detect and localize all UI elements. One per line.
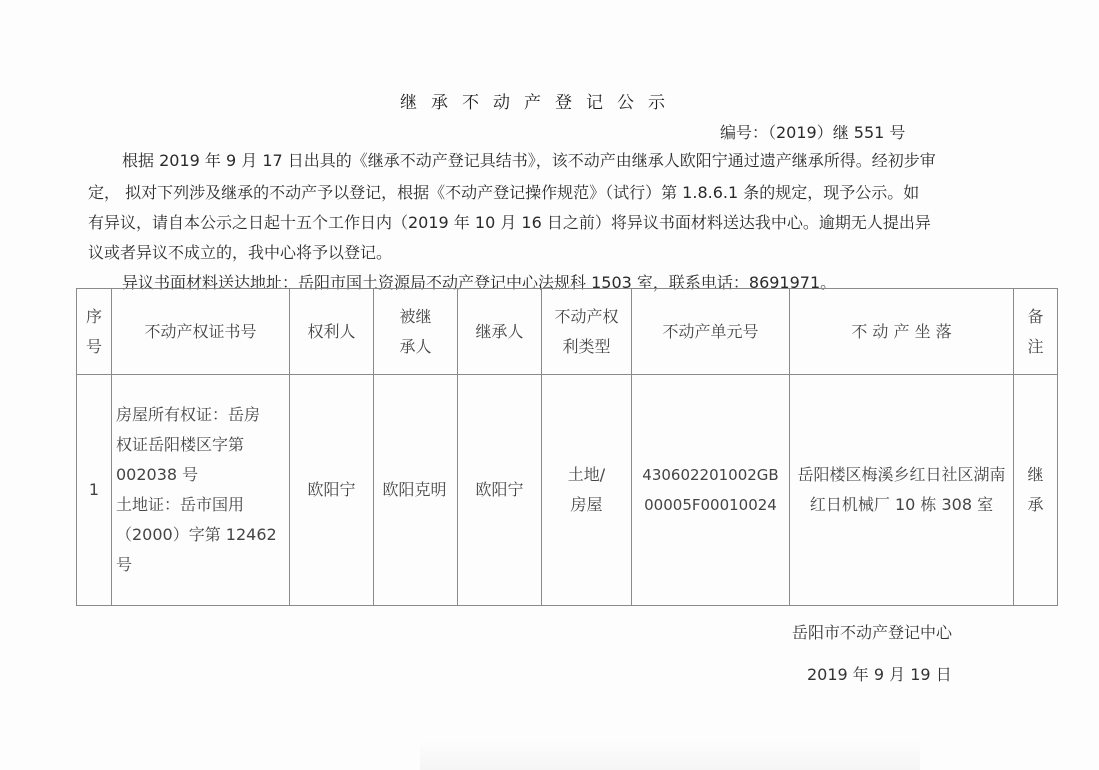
cell-unit-number: 430602201002GB00005F00010024 xyxy=(632,375,790,606)
document-title: 继承不动产登记公示 xyxy=(400,88,679,113)
paragraph-line: 有异议，请自本公示之日起十五个工作日内（2019 年 10 月 16 日之前）将… xyxy=(88,210,931,233)
scan-artifact xyxy=(420,740,920,770)
cell-heir: 欧阳宁 xyxy=(458,375,542,606)
header-seq: 序号 xyxy=(77,289,112,375)
cell-right-holder: 欧阳宁 xyxy=(290,375,374,606)
cell-remark: 继承 xyxy=(1014,375,1058,606)
cell-right-type: 土地/房屋 xyxy=(542,375,632,606)
table-header-row: 序号 不动产权证书号 权利人 被继承人 继承人 不动产权利类型 不动产单元号 不… xyxy=(77,289,1058,375)
header-right-type: 不动产权利类型 xyxy=(542,289,632,375)
cell-certificate: 房屋所有权证：岳房 权证岳阳楼区字第 002038 号 土地证：岳市国用 （20… xyxy=(112,375,290,606)
header-heir: 继承人 xyxy=(458,289,542,375)
header-unit-number: 不动产单元号 xyxy=(632,289,790,375)
header-certificate: 不动产权证书号 xyxy=(112,289,290,375)
paragraph-line: 定， 拟对下列涉及继承的不动产予以登记，根据《不动产登记操作规范》（试行）第 1… xyxy=(88,180,919,203)
header-remark: 备注 xyxy=(1014,289,1058,375)
paragraph-line: 根据 2019 年 9 月 17 日出具的《继承不动产登记具结书》，该不动产由继… xyxy=(122,148,936,171)
registration-table: 序号 不动产权证书号 权利人 被继承人 继承人 不动产权利类型 不动产单元号 不… xyxy=(76,288,1058,606)
paragraph-line: 议或者异议不成立的，我中心将予以登记。 xyxy=(88,240,392,263)
cell-seq: 1 xyxy=(77,375,112,606)
issuing-authority: 岳阳市不动产登记中心 xyxy=(792,620,952,643)
table-row: 1 房屋所有权证：岳房 权证岳阳楼区字第 002038 号 土地证：岳市国用 （… xyxy=(77,375,1058,606)
header-decedent: 被继承人 xyxy=(374,289,458,375)
header-location: 不 动 产 坐 落 xyxy=(790,289,1014,375)
issue-date: 2019 年 9 月 19 日 xyxy=(807,662,952,685)
cell-decedent: 欧阳克明 xyxy=(374,375,458,606)
header-right-holder: 权利人 xyxy=(290,289,374,375)
document-number: 编号：（2019）继 551 号 xyxy=(720,120,905,143)
cell-location: 岳阳楼区梅溪乡红日社区湖南红日机械厂 10 栋 308 室 xyxy=(790,375,1014,606)
